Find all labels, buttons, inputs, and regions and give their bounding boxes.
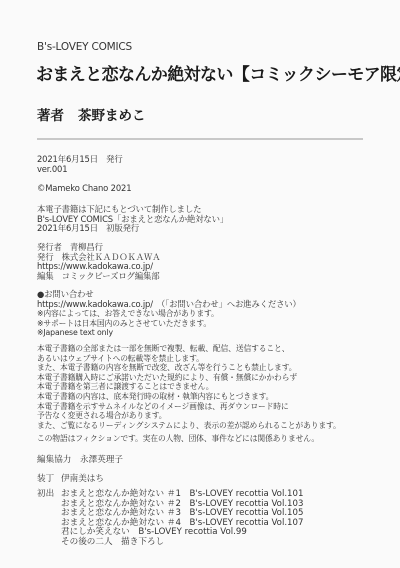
book-title: おまえと恋なんか絶対ない【コミックシーモア限定版】 [36, 60, 400, 85]
release-info: 2021年6月15日 発行 ver.001 [37, 155, 123, 174]
legal-line: 本電子書籍購入時にご承諾いただいた規約により、有償・無償にかかわらず [37, 373, 341, 383]
publisher-line: 編集 コミックビーズログ編集部 [37, 272, 160, 282]
legal-notice: 本電子書籍の全部または一部を無断で複製、転載、配信、送信すること、 あるいはウェ… [37, 344, 341, 430]
first-publication: 初出おまえと恋なんか絶対ない ＃1 B's-LOVEY recottia Vol… [37, 490, 303, 548]
based-on-line: 2021年6月15日 初版発行 [37, 224, 228, 234]
contact-note: ※Japanese text only [37, 328, 301, 338]
legal-line: また、ご覧になるリーディングシステムにより、表示の差が認められることがあります。 [37, 421, 341, 431]
contact-note: ※サポートは日本国内のみとさせていただきます。 [37, 319, 301, 329]
editorial-cooperation: 編集協力 永澤英理子 [37, 453, 123, 465]
author-name: 茶野まめこ [78, 108, 146, 124]
divider [37, 138, 363, 140]
publisher-info: 発行者 青柳昌行 発行 株式会社ＫＡＤＯＫＡＷＡ https://www.kad… [37, 243, 160, 281]
author-line: 著者茶野まめこ [37, 104, 146, 124]
copyright: ©Mameko Chano 2021 [37, 184, 131, 194]
legal-line: 本電子書籍を示すサムネイルなどのイメージ画像は、再ダウンロード時に [37, 402, 341, 412]
editorial-cooperation-value: 永澤英理子 [80, 455, 123, 465]
first-publication-item: おまえと恋なんか絶対ない ＃3 B's-LOVEY recottia Vol.1… [61, 508, 303, 518]
first-publication-item: その後の二人 描き下ろし [61, 537, 164, 547]
first-publication-item: 君にしか笑えない B's-LOVEY recottia Vol.99 [61, 527, 247, 537]
first-publication-label: 初出 [37, 490, 61, 500]
series-label: B's-LOVEY COMICS [37, 41, 132, 53]
legal-line: 本電子書籍の内容は、底本発行時の取材・執筆内容にもとづきます。 [37, 392, 341, 402]
first-publication-item: おまえと恋なんか絶対ない ＃1 B's-LOVEY recottia Vol.1… [61, 489, 303, 499]
contact-url[interactable]: https://www.kadokawa.co.jp/ （「お問い合わせ」へお進… [37, 300, 301, 310]
legal-line: また、本電子書籍の内容を無断で改変、改ざん等を行うことも禁止します。 [37, 363, 341, 373]
author-label: 著者 [37, 108, 64, 124]
design-value: 伊南美はち [61, 474, 104, 484]
based-on-info: 本電子書籍は下記にもとづいて制作しました B's-LOVEY COMICS「おま… [37, 205, 228, 234]
contact-section: ●お問い合わせ https://www.kadokawa.co.jp/ （「お問… [37, 290, 301, 338]
contact-note: ※内容によっては、お答えできない場合があります。 [37, 309, 301, 319]
legal-line: 本電子書籍の全部または一部を無断で複製、転載、配信、送信すること、 [37, 344, 341, 354]
legal-line: あるいはウェブサイトへの転載等を禁止します。 [37, 354, 341, 364]
editorial-cooperation-label: 編集協力 [37, 455, 71, 465]
version: ver.001 [37, 165, 123, 175]
fiction-notice: この物語はフィクションです。実在の人物、団体、事件などには関係ありません。 [37, 434, 319, 444]
design-label: 装丁 [37, 472, 61, 484]
colophon-page: B's-LOVEY COMICS おまえと恋なんか絶対ない【コミックシーモア限定… [0, 0, 400, 568]
legal-line: 本電子書籍を第三者に譲渡することはできません。 [37, 382, 341, 392]
legal-line: 予告なく変更される場合があります。 [37, 411, 341, 421]
design-credit: 装丁伊南美はち [37, 472, 104, 484]
